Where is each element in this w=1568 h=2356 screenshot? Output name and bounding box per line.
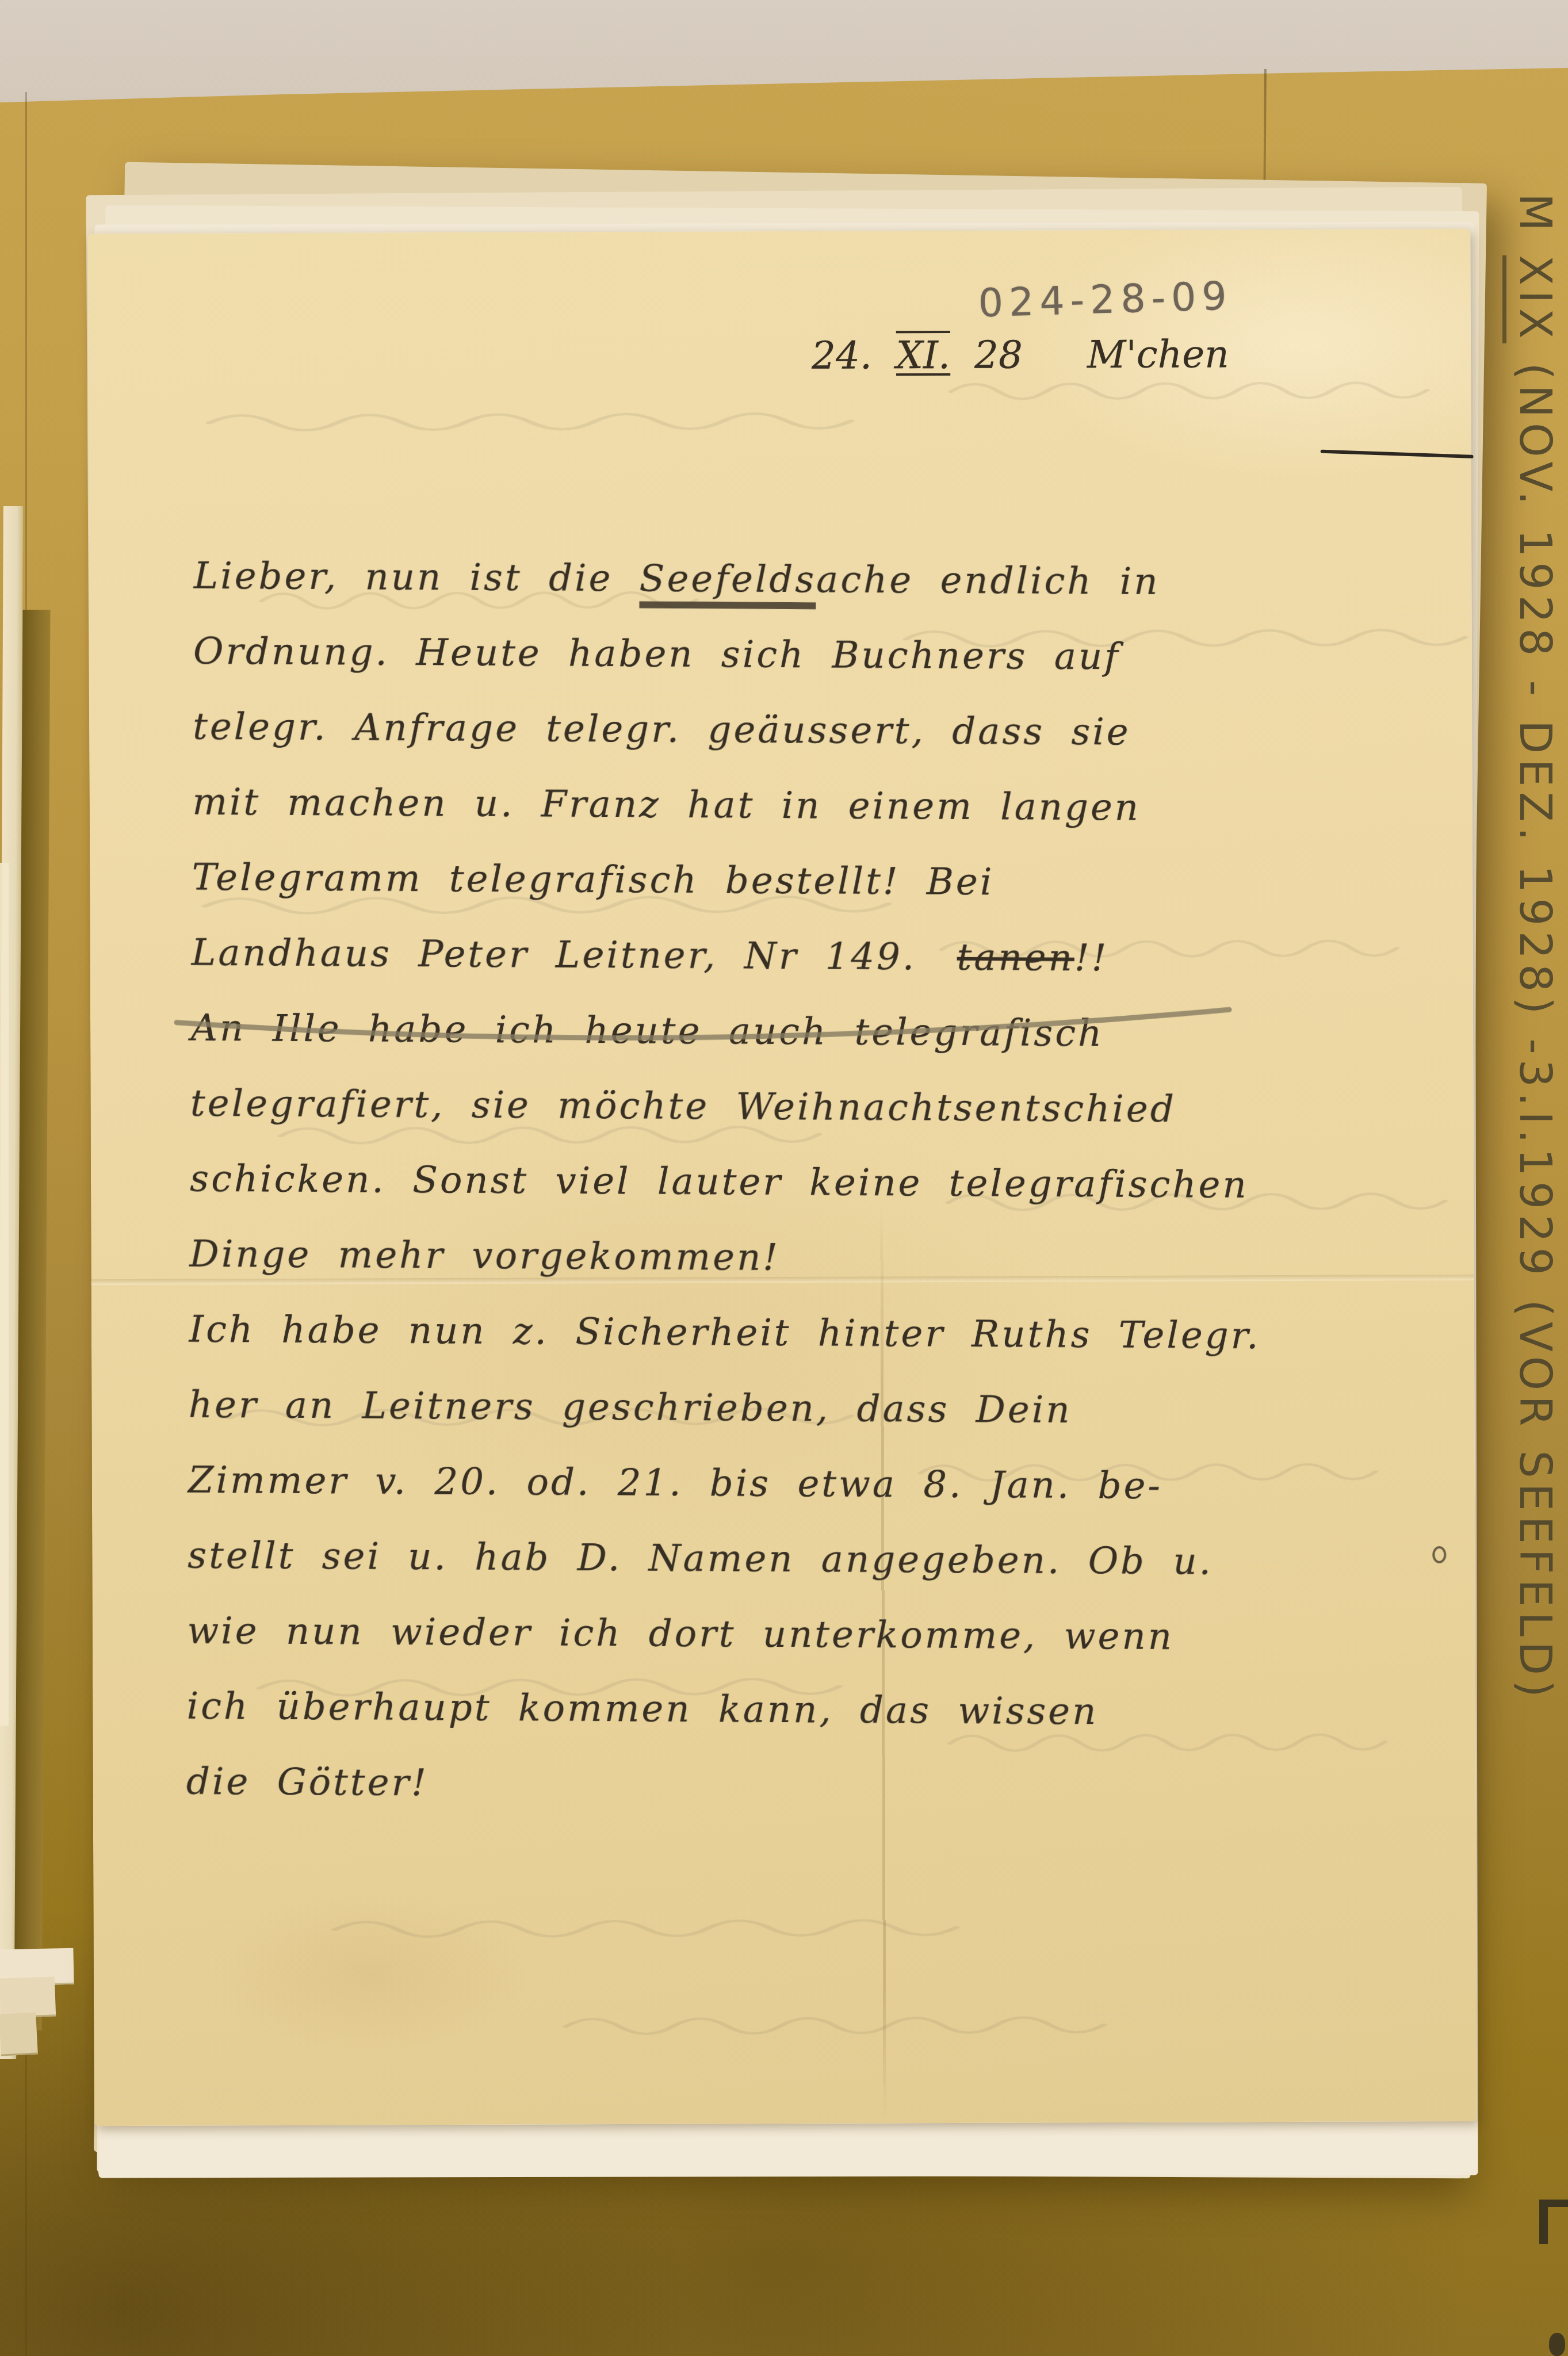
letter-line: An Ille habe ich heute auch telegrafisch (190, 1007, 1263, 1089)
letter-line: Telegramm telegrafisch bestellt! Bei (192, 856, 1264, 938)
letter-line: her an Leitners geschrieben, dass Dein (188, 1384, 1260, 1466)
letter-line: wie nun wieder ich dort unterkomme, wenn (187, 1610, 1259, 1692)
left-paper-corner (0, 1976, 56, 2018)
underlined-word: Seefelds (639, 557, 816, 609)
date-year: 28 (974, 333, 1023, 377)
letter-line: Dinge mehr vorgekommen! (189, 1233, 1261, 1315)
archive-photo-scene: M XIX (NOV. 1928 - DEZ. 1928) -3.I.1929 … (0, 0, 1568, 2356)
letter-line: mit machen u. Franz hat in einem langen (192, 781, 1264, 863)
letter-line: die Götter! (186, 1761, 1258, 1842)
letter-body: Lieber, nun ist die Seefeldsache endlich… (186, 555, 1265, 1842)
letter-line: Zimmer v. 20. od. 21. bis etwa 8. Jan. b… (188, 1459, 1260, 1541)
date-month-roman: XI. (896, 333, 950, 377)
date-underline-stroke (1321, 450, 1474, 458)
letter-line: schicken. Sonst viel lauter keine telegr… (190, 1158, 1262, 1240)
left-paper-corner (0, 2012, 38, 2056)
letter-line: Ordnung. Heute haben sich Buchners auf (193, 630, 1265, 712)
archive-number: 024-28-09 (978, 273, 1233, 326)
date-day: 24. (812, 333, 872, 377)
underlined-address: Landhaus Peter Leitner, Nr 149. (191, 932, 916, 979)
folder-partial-mark (1539, 2200, 1568, 2244)
letter-line: Landhaus Peter Leitner, Nr 149.tanen!! (191, 932, 1263, 1013)
letter-line: telegr. Anfrage telegr. geäussert, dass … (193, 706, 1265, 787)
folder-partial-mark (1549, 2333, 1565, 2356)
crossed-out-word: tanen (957, 936, 1074, 980)
letter-line: ich überhaupt kommen kann, das wissen (186, 1685, 1259, 1767)
place-abbreviation: M'chen (1087, 332, 1229, 377)
letter-line: Lieber, nun ist die Seefeldsache endlich… (193, 555, 1265, 637)
letter-line: stellt sei u. hab D. Namen angegeben. Ob… (188, 1535, 1260, 1616)
folder-label-series: M (1510, 193, 1561, 255)
left-paper-edge (0, 863, 9, 1726)
date-line: 24.XI.28M'chen (812, 332, 1229, 378)
letter-line: telegrafiert, sie möchte Weihnachtsentsc… (190, 1083, 1263, 1164)
folder-label: M XIX (NOV. 1928 - DEZ. 1928) -3.I.1929 … (1510, 193, 1561, 2149)
stray-ink-mark (1432, 1546, 1446, 1563)
folder-label-volume: XIX (1502, 255, 1561, 344)
folder-label-daterange: (NOV. 1928 - DEZ. 1928) -3.I.1929 (VOR S… (1510, 343, 1561, 1703)
letter-page: 024-28-09 24.XI.28M'chen Lieber, nun ist… (87, 229, 1477, 2126)
letter-line: Ich habe nun z. Sicherheit hinter Ruths … (189, 1309, 1261, 1390)
